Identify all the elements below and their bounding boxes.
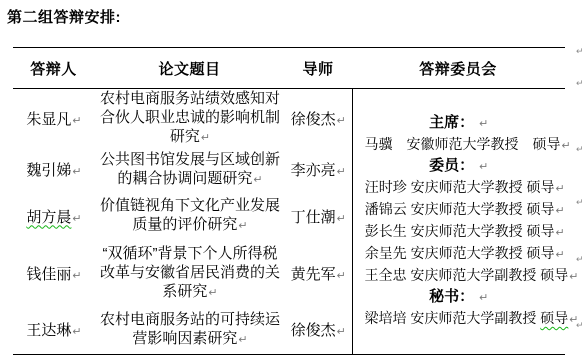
- advisor-cell: 黄先军↵: [285, 241, 352, 306]
- committee-line: 余呈先 安庆师范大学教授 硕导↵: [353, 243, 566, 265]
- advisor-name: 丁仕潮: [291, 209, 336, 226]
- committee-line: 王全忠 安庆师范大学副教授 硕导↵: [353, 265, 566, 287]
- committee-line-text: 委员：: [429, 157, 474, 174]
- paragraph-mark: ↵: [337, 213, 346, 225]
- thesis-title: 价值链视角下文化产业发展 质量的评价研究: [100, 197, 280, 233]
- committee-line-text: 汪时珍 安庆师范大学教授 硕导: [365, 179, 555, 195]
- paragraph-mark: ↵: [479, 161, 488, 173]
- committee-line-text: 彭长生 安庆师范大学教授 硕导: [365, 223, 555, 239]
- paragraph-mark: ↵: [337, 326, 346, 338]
- paragraph-mark: ↵: [201, 132, 210, 144]
- paragraph-mark: ↵: [479, 118, 488, 130]
- thesis-title: 农村电商服务站绩效感知对 合伙人职业忠诚的影响机制 研究: [100, 90, 280, 145]
- advisor-name: 黄先军: [291, 266, 336, 283]
- committee-line-text: 马骥 安徽师范大学教授 硕导: [365, 136, 561, 152]
- defender-cell: 王达琳↵: [13, 306, 95, 354]
- paragraph-mark: ↵: [72, 166, 81, 178]
- defender-name: 王达琳: [26, 322, 71, 339]
- defender-cell: 钱佳丽↵: [13, 241, 95, 306]
- advisor-name: 徐俊杰: [291, 111, 336, 128]
- paragraph-mark: ↵: [337, 115, 346, 127]
- document-title-text: 第二组答辩安排:: [7, 9, 121, 26]
- committee-line: 马骥 安徽师范大学教授 硕导↵: [353, 134, 566, 156]
- header-row: 答辩人 论文题目 导师 答辩委员会: [13, 48, 565, 89]
- paragraph-mark: ↵: [556, 249, 565, 261]
- paragraph-mark: ↵: [337, 270, 346, 282]
- paragraph-mark: ↵: [72, 326, 81, 338]
- thesis-cell: 农村电商服务站绩效感知对 合伙人职业忠诚的影响机制 研究↵: [95, 89, 285, 149]
- row-end-mark: ↵: [576, 197, 584, 208]
- paragraph-mark: ↵: [337, 166, 346, 178]
- defender-name: 朱显凡: [26, 111, 71, 128]
- committee-line: 委员：↵: [353, 156, 566, 177]
- advisor-cell: 徐俊杰↵: [285, 89, 352, 149]
- paragraph-mark: ↵: [556, 183, 565, 195]
- defender-cell: 朱显凡↵: [13, 89, 95, 149]
- row-end-mark: ↵: [576, 320, 584, 331]
- header-committee: 答辩委员会: [352, 48, 565, 89]
- paragraph-mark: ↵: [253, 174, 262, 186]
- defender-name: 钱佳丽: [26, 266, 71, 283]
- paragraph-mark: ↵: [208, 287, 217, 299]
- paragraph-mark: ↵: [72, 213, 81, 225]
- advisor-cell: 李亦亮↵: [285, 148, 352, 191]
- thesis-title: “双循环”背景下个人所得税 改革与安徽省居民消费的关 系研究: [100, 245, 280, 300]
- committee-line: 秘书：↵: [353, 287, 566, 308]
- paragraph-mark: ↵: [72, 115, 81, 127]
- committee-line-text: 潘锦云 安庆师范大学教授 硕导: [365, 201, 555, 217]
- paragraph-mark: ↵: [556, 205, 565, 217]
- committee-line-text: 梁培培 安庆师范大学副教授: [365, 310, 541, 326]
- paragraph-mark: ↵: [238, 334, 247, 346]
- row-end-mark: ↵: [576, 46, 584, 57]
- defender-name: 胡方晨: [26, 209, 71, 226]
- paragraph-mark: ↵: [569, 271, 578, 283]
- thesis-title: 农村电商服务站的可持续运 营影响因素研究: [100, 311, 280, 347]
- paragraph-mark: ↵: [238, 220, 247, 232]
- committee-line: 汪时珍 安庆师范大学教授 硕导↵: [353, 177, 566, 199]
- committee-cell: 主席：↵马骥 安徽师范大学教授 硕导↵委员：↵汪时珍 安庆师范大学教授 硕导↵潘…: [352, 89, 565, 355]
- committee-line: 梁培培 安庆师范大学副教授 硕导↵: [353, 308, 566, 330]
- paragraph-mark: ↵: [556, 227, 565, 239]
- defender-cell: 魏引娣↵: [13, 148, 95, 191]
- advisor-cell: 徐俊杰↵: [285, 306, 352, 354]
- defender-cell: 胡方晨↵: [13, 191, 95, 241]
- defense-schedule-table: 答辩人 论文题目 导师 答辩委员会 朱显凡↵农村电商服务站绩效感知对 合伙人职业…: [13, 47, 565, 355]
- header-advisor: 导师: [285, 48, 352, 89]
- committee-line-text: 王全忠 安庆师范大学副教授 硕导: [365, 267, 569, 283]
- row-end-mark: ↵: [576, 78, 584, 89]
- thesis-cell: 价值链视角下文化产业发展 质量的评价研究↵: [95, 191, 285, 241]
- document-page[interactable]: 第二组答辩安排: 答辩人 论文题目 导师 答辩委员会 朱显凡↵农村电商服务站绩效…: [0, 0, 585, 361]
- committee-line-text: 秘书：: [429, 288, 474, 305]
- committee-line-text: 主席：: [429, 114, 474, 131]
- row-end-mark: ↵: [576, 254, 584, 265]
- committee-line: 主席：↵: [353, 113, 566, 134]
- paragraph-mark: ↵: [562, 140, 571, 152]
- header-defender: 答辩人: [13, 48, 95, 89]
- paragraph-mark: ↵: [72, 270, 81, 282]
- thesis-cell: 农村电商服务站的可持续运 营影响因素研究↵: [95, 306, 285, 354]
- thesis-cell: “双循环”背景下个人所得税 改革与安徽省居民消费的关 系研究↵: [95, 241, 285, 306]
- document-title: 第二组答辩安排:: [7, 6, 122, 27]
- table-row: 朱显凡↵农村电商服务站绩效感知对 合伙人职业忠诚的影响机制 研究↵徐俊杰↵主席：…: [13, 89, 565, 149]
- committee-line: 潘锦云 安庆师范大学教授 硕导↵: [353, 199, 566, 221]
- advisor-cell: 丁仕潮↵: [285, 191, 352, 241]
- paragraph-mark: ↵: [479, 292, 488, 304]
- committee-line: 彭长生 安庆师范大学教授 硕导↵: [353, 221, 566, 243]
- defender-name: 魏引娣: [26, 162, 71, 179]
- committee-line-text-spellcheck: 硕导: [540, 310, 568, 326]
- committee-line-text: 余呈先 安庆师范大学教授 硕导: [365, 245, 555, 261]
- row-end-mark: ↵: [576, 144, 584, 155]
- advisor-name: 李亦亮: [291, 162, 336, 179]
- header-thesis: 论文题目: [95, 48, 285, 89]
- thesis-cell: 公共图书馆发展与区域创新 的耦合协调问题研究↵: [95, 148, 285, 191]
- advisor-name: 徐俊杰: [291, 322, 336, 339]
